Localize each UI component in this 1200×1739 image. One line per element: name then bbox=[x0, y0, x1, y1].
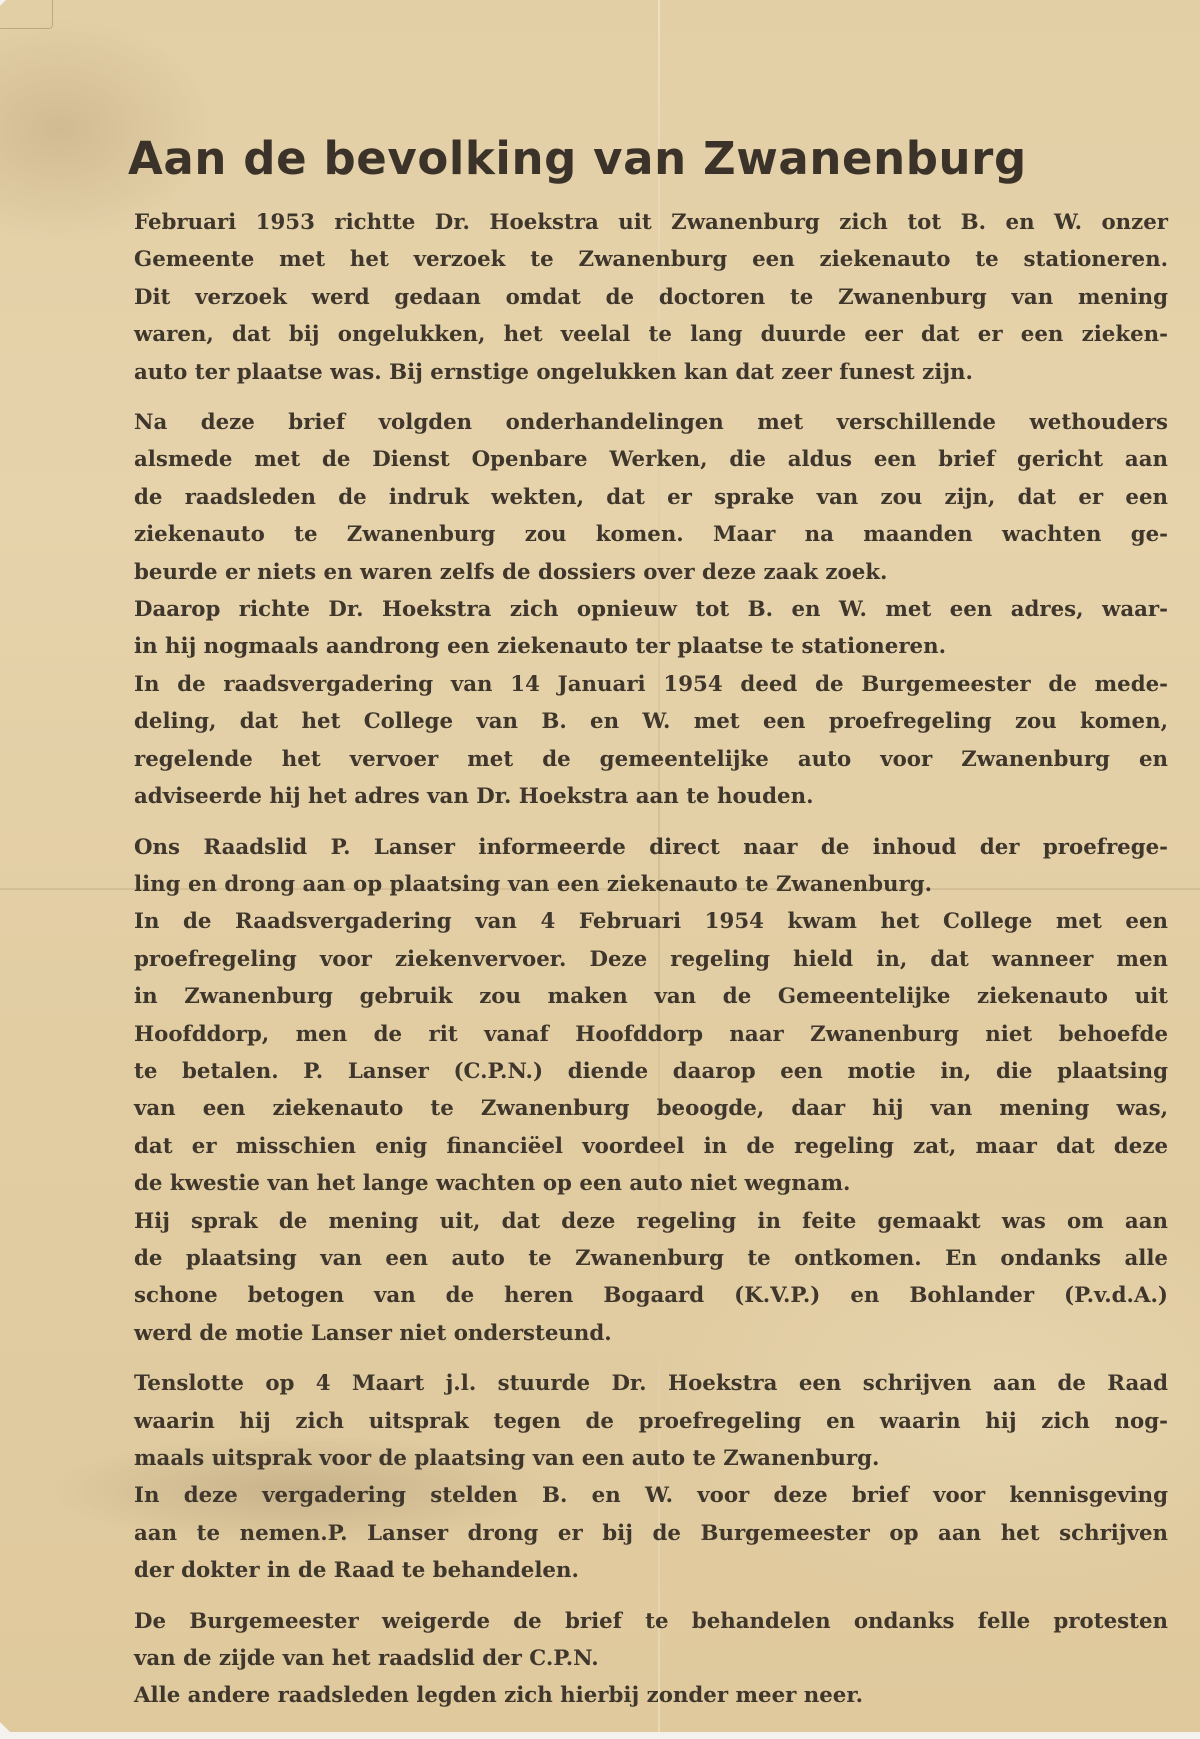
text-line: te betalen. P. Lanser (C.P.N.) diende da… bbox=[134, 1053, 1168, 1090]
text-line: Alle andere raadsleden legden zich hierb… bbox=[134, 1677, 1168, 1714]
text-line: de raadsleden de indruk wekten, dat er s… bbox=[134, 479, 1168, 516]
text-line: In deze vergadering stelden B. en W. voo… bbox=[134, 1477, 1168, 1514]
text-line: aan te nemen.P. Lanser drong er bij de B… bbox=[134, 1515, 1168, 1552]
text-line: In de raadsvergadering van 14 Januari 19… bbox=[134, 666, 1168, 703]
text-line: ling en drong aan op plaatsing van een z… bbox=[134, 866, 1168, 903]
text-line: regelende het vervoer met de gemeentelij… bbox=[134, 741, 1168, 778]
paragraph-5: De Burgemeester weigerde de brief te beh… bbox=[134, 1603, 1168, 1715]
text-line: werd de motie Lanser niet ondersteund. bbox=[134, 1315, 1168, 1352]
text-line: auto ter plaatse was. Bij ernstige ongel… bbox=[134, 354, 1168, 391]
paper-corner-fold bbox=[0, 0, 53, 29]
paper-sheet: Aan de bevolking van Zwanenburg Februari… bbox=[0, 0, 1200, 1732]
text-line: maals uitsprak voor de plaatsing van een… bbox=[134, 1440, 1168, 1477]
text-line: ziekenauto te Zwanenburg zou komen. Maar… bbox=[134, 516, 1168, 553]
text-line: dat er misschien enig financiëel voordee… bbox=[134, 1128, 1168, 1165]
text-line: schone betogen van de heren Bogaard (K.V… bbox=[134, 1277, 1168, 1314]
text-line: deling, dat het College van B. en W. met… bbox=[134, 703, 1168, 740]
paragraph-1: Februari 1953 richtte Dr. Hoekstra uit Z… bbox=[134, 204, 1168, 391]
text-line: In de Raadsvergadering van 4 Februari 19… bbox=[134, 903, 1168, 940]
text-line: der dokter in de Raad te behandelen. bbox=[134, 1552, 1168, 1589]
text-line: adviseerde hij het adres van Dr. Hoekstr… bbox=[134, 778, 1168, 815]
text-line: waarin hij zich uitsprak tegen de proefr… bbox=[134, 1403, 1168, 1440]
text-line: Na deze brief volgden onderhandelingen m… bbox=[134, 404, 1168, 441]
text-line: van de zijde van het raadslid der C.P.N. bbox=[134, 1640, 1168, 1677]
paragraph-2: Na deze brief volgden onderhandelingen m… bbox=[134, 404, 1168, 815]
text-line: Februari 1953 richtte Dr. Hoekstra uit Z… bbox=[134, 204, 1168, 241]
text-line: in Zwanenburg gebruik zou maken van de G… bbox=[134, 978, 1168, 1015]
text-line: proefregeling voor ziekenvervoer. Deze r… bbox=[134, 941, 1168, 978]
text-line: de plaatsing van een auto te Zwanenburg … bbox=[134, 1240, 1168, 1277]
text-line: beurde er niets en waren zelfs de dossie… bbox=[134, 554, 1168, 591]
text-line: van een ziekenauto te Zwanenburg beoogde… bbox=[134, 1090, 1168, 1127]
text-line: alsmede met de Dienst Openbare Werken, d… bbox=[134, 441, 1168, 478]
paragraph-3: Ons Raadslid P. Lanser informeerde direc… bbox=[134, 829, 1168, 1353]
text-line: Tenslotte op 4 Maart j.l. stuurde Dr. Ho… bbox=[134, 1365, 1168, 1402]
text-line: Daarop richte Dr. Hoekstra zich opnieuw … bbox=[134, 591, 1168, 628]
text-line: de kwestie van het lange wachten op een … bbox=[134, 1165, 1168, 1202]
text-line: Dit verzoek werd gedaan omdat de doctore… bbox=[134, 279, 1168, 316]
paragraph-4: Tenslotte op 4 Maart j.l. stuurde Dr. Ho… bbox=[134, 1365, 1168, 1589]
text-line: Ons Raadslid P. Lanser informeerde direc… bbox=[134, 829, 1168, 866]
text-line: Hoofddorp, men de rit vanaf Hoofddorp na… bbox=[134, 1016, 1168, 1053]
text-line: waren, dat bij ongelukken, het veelal te… bbox=[134, 316, 1168, 353]
text-line: Gemeente met het verzoek te Zwanenburg e… bbox=[134, 241, 1168, 278]
text-line: in hij nogmaals aandrong een ziekenauto … bbox=[134, 628, 1168, 665]
text-line: Hij sprak de mening uit, dat deze regeli… bbox=[134, 1203, 1168, 1240]
text-line: De Burgemeester weigerde de brief te beh… bbox=[134, 1603, 1168, 1640]
document-body: Februari 1953 richtte Dr. Hoekstra uit Z… bbox=[134, 204, 1168, 1728]
page-title: Aan de bevolking van Zwanenburg bbox=[128, 132, 1178, 185]
